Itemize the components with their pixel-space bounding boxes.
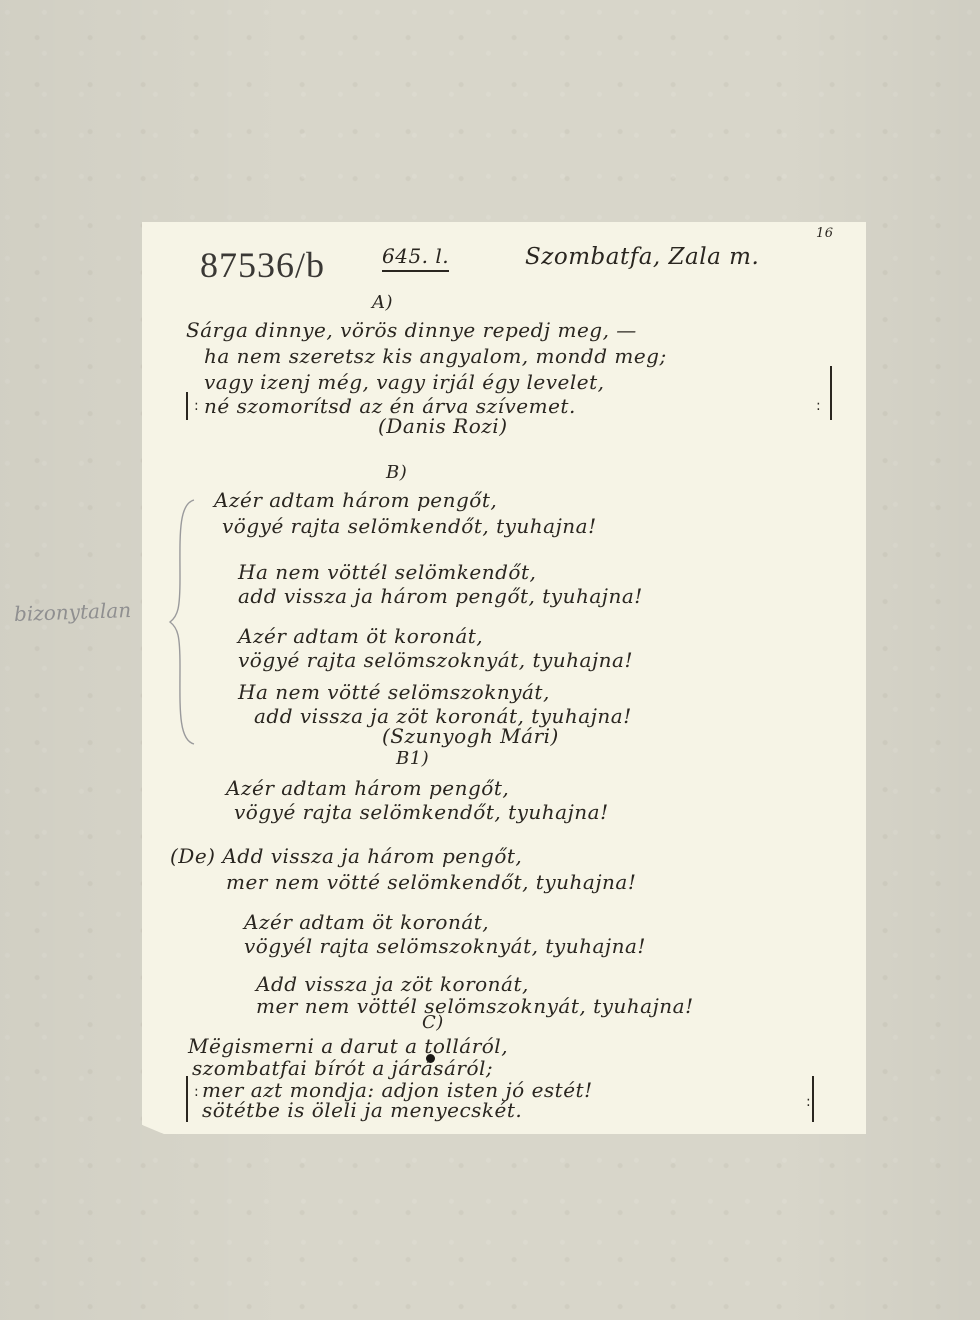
repeat-start-bar	[186, 1076, 188, 1122]
repeat-end-bar	[812, 1076, 814, 1122]
verse-line: (De) Add vissza ja három pengőt,	[170, 844, 522, 868]
repeat-start-dots: :	[194, 1084, 199, 1100]
verse-line: ha nem szeretsz kis angyalom, mondd meg;	[204, 344, 667, 368]
singer-name: (Danis Rozi)	[378, 414, 508, 438]
verse-line: vögyé rajta selömkendőt, tyuhajna!	[222, 514, 597, 538]
verse-line: Ha nem vöttél selömkendőt,	[238, 560, 536, 584]
repeat-start-bar	[186, 392, 188, 420]
verse-line: Azér adtam három pengőt,	[214, 488, 497, 512]
verse-line: Azér adtam öt koronát,	[238, 624, 483, 648]
section-b-label: B)	[386, 462, 407, 483]
page-number: 16	[816, 226, 834, 241]
verse-line: vagy izenj még, vagy irjál égy levelet,	[204, 370, 605, 394]
verse-line: mer nem vöttél selömszoknyát, tyuhajna!	[256, 994, 694, 1018]
margin-pencil-note: bizonytalan	[14, 598, 132, 626]
verse-line: vögyé rajta selömszoknyát, tyuhajna!	[238, 648, 633, 672]
verse-line: Azér adtam három pengőt,	[226, 776, 509, 800]
repeat-end-dots: :	[816, 398, 821, 414]
reference-number: 645. l.	[382, 244, 449, 272]
singer-name: (Szunyogh Mári)	[382, 724, 559, 748]
verse-line: sötétbe is öleli ja menyecskét.	[202, 1098, 522, 1122]
verse-line: add vissza ja három pengőt, tyuhajna!	[238, 584, 643, 608]
verse-line: Ha nem vötté selömszoknyát,	[238, 680, 550, 704]
archive-number-stamp: 87536/b	[200, 244, 325, 286]
verse-line: mer nem vötté selömkendőt, tyuhajna!	[226, 870, 636, 894]
section-b1-label: B1)	[396, 748, 429, 769]
section-c-label: C)	[422, 1012, 444, 1033]
verse-line: vögyé rajta selömkendőt, tyuhajna!	[234, 800, 609, 824]
repeat-start-dots: :	[194, 398, 199, 414]
verse-line: Mëgismerni a darut a tolláról,	[188, 1034, 508, 1058]
verse-line: Add vissza ja zöt koronát,	[256, 972, 529, 996]
verse-line: szombatfai bírót a járásáról;	[192, 1056, 493, 1080]
verse-line: Sárga dinnye, vörös dinnye repedj meg, —	[186, 318, 637, 342]
verse-line: Azér adtam öt koronát,	[244, 910, 489, 934]
ink-blot	[426, 1054, 435, 1063]
verse-line: vögyél rajta selömszoknyát, tyuhajna!	[244, 934, 646, 958]
repeat-end-dots: :	[806, 1094, 811, 1110]
repeat-end-bar	[830, 366, 832, 420]
place-heading: Szombatfa, Zala m.	[525, 244, 759, 270]
curly-brace-icon	[168, 498, 198, 746]
section-a-label: A)	[372, 292, 393, 313]
